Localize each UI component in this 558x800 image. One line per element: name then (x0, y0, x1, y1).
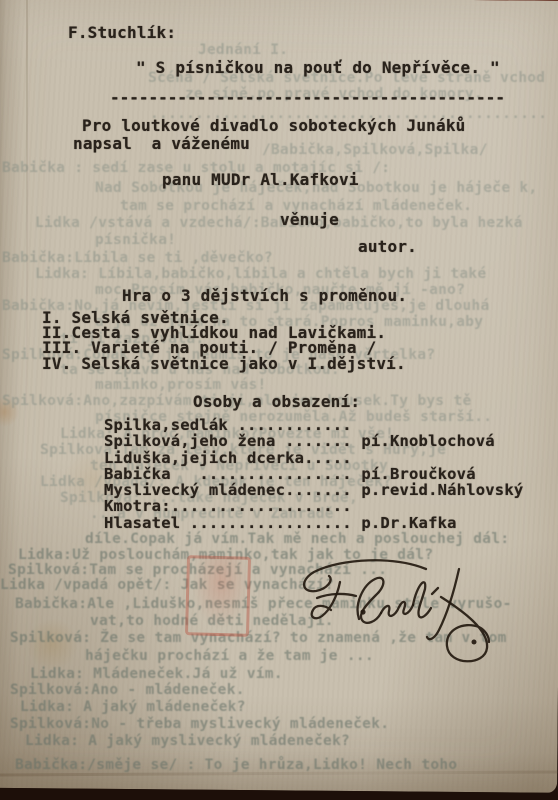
bleed-text-line: Lidka: Mládeneček.Já už vím. (30, 666, 283, 682)
cast-row: Spilková,jeho žena ....... pí.Knoblochov… (104, 433, 523, 449)
cast-list: Spilka,sedlák ............ Spilková,jeho… (104, 417, 523, 531)
dedication-verb: věnuje (280, 210, 339, 229)
dedication-line-2: napsal a váženému (73, 134, 250, 153)
bleed-text-line: Lidka: A jaký mládeneček? (20, 699, 246, 715)
act-item: IV. Selská světnice jako v I.dějství. (42, 356, 406, 371)
play-structure-header: Hra o 3 dějstvích s proměnou. (122, 286, 407, 305)
divider-dashes: ----------------------------------------… (110, 88, 505, 107)
cast-row: Myslivecký mládenec....... p.revid.Náhlo… (104, 482, 523, 498)
bleed-text-line: /Babička,Spilková,Spilka/ (262, 142, 488, 158)
bleed-text-line: maminko,prosím vás! (95, 377, 267, 393)
bleed-text-line: Lidka: A jaký myslivecký mládeneček? (25, 733, 350, 749)
dedication-closing: autor. (358, 237, 417, 256)
bleed-text-line: Spilková:No - třeba myslivecký mládeneče… (10, 716, 389, 732)
play-title: " S písničkou na pouť do Nepřívěce. " (136, 58, 500, 77)
photograph-of-typescript-page: Jednání I.Scéna / Selská světnice.Po lev… (0, 0, 558, 800)
bleed-text-line: Lidka: Líbila,babičko,líbila a chtěla by… (35, 266, 487, 282)
author-name: F.Stuchlík: (68, 23, 176, 42)
bleed-text-line: písnička! (95, 232, 176, 248)
dedication-line-1: Pro loutkové divadlo soboteckých Junáků (82, 116, 465, 135)
cast-row: Spilka,sedlák ............ (104, 417, 523, 433)
cast-row: Liduška,jejich dcerka..... (104, 450, 523, 466)
acts-list: I. Selská světnice. II.Cesta s vyhlídkou… (42, 310, 406, 371)
bleed-text-line: díle.Copak já vím.Tak mě nech a poslouch… (85, 531, 509, 547)
faded-red-stamp (185, 555, 251, 637)
cast-row: Hlasatel ................. p.Dr.Kafka (104, 515, 523, 531)
bleed-text-line: Babička:/směje se/ : To je hrůza,Lidko! … (15, 757, 457, 773)
bleed-text-line: Jednání I. (198, 42, 288, 58)
dedication-recipient: panu MUDr Al.Kafkovi (162, 170, 359, 189)
bleed-text-line: Lidka /vstává a vzdechá/:Babičko,babičko… (35, 215, 523, 231)
bleed-text-line: Babička:Líbila se ti ,děvečko? (2, 250, 273, 266)
author-signature (262, 553, 524, 671)
cast-row: Babička ................ pí.Broučková (104, 466, 523, 482)
cast-row: Kmotra:................... (104, 498, 523, 514)
cast-heading: Osoby a obsazení: (193, 392, 360, 411)
bleed-text-line: Spilková:Ano - mládeneček. (10, 682, 245, 698)
